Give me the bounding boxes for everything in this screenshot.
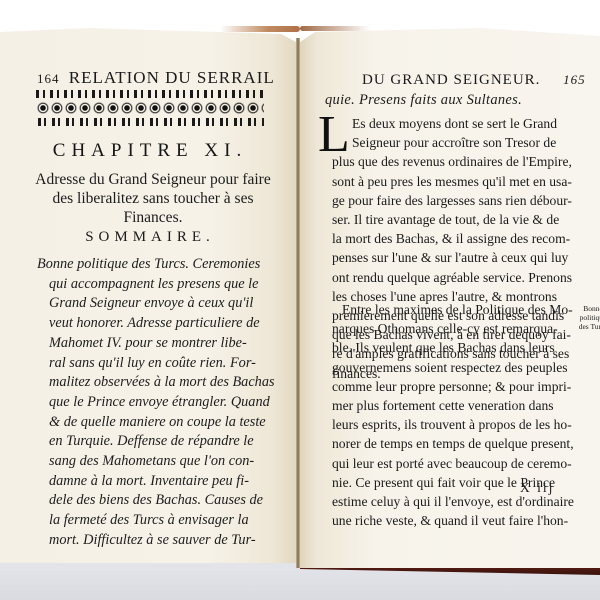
summary-line: mort. Difficultez à se sauver de Tur- <box>37 531 267 551</box>
cover-edge-top-left <box>220 26 300 32</box>
summary-continuation: quie. Presens faits aux Sultanes. <box>325 92 522 109</box>
body-line: norer de temps en temps de quelque prese… <box>332 434 544 453</box>
summary-line: damne à la mort. Inventaire peu fi- <box>37 472 267 492</box>
summary-line: qui accompagnent les presens que le <box>37 275 267 295</box>
body-line: ont rendu quelque agréable service. Pren… <box>332 268 544 287</box>
body-line: estime celuy à qui il l'envoye, est d'or… <box>332 492 544 511</box>
body-line: mer plus fortement cette veneration dans <box>332 396 544 415</box>
paragraph-2: Entre les maximes de la Politique des Mo… <box>332 300 544 530</box>
chapter-subtitle: Adresse du Grand Seigneur pour faire des… <box>28 170 278 227</box>
summary-line: Bonne politique des Turcs. Ceremonies <box>37 255 267 275</box>
open-book: 164 RELATION DU SERRAIL CHAPITRE XI. Adr… <box>0 0 600 600</box>
summary-line: en Turquie. Deffense de répandre le <box>37 432 267 452</box>
summary-line: veut honorer. Adresse particuliere de <box>37 314 267 334</box>
chapter-subtitle-line: Adresse du Grand Seigneur pour faire <box>28 170 278 189</box>
book-gutter <box>296 38 300 568</box>
summary-line: malitez observées à la mort des Bachas <box>37 373 267 393</box>
body-line: une riche veste, & quand il veut faire l… <box>332 511 544 530</box>
body-line: ge pour faire des largesses sans rien dé… <box>332 191 544 210</box>
headpiece-ornament-icon <box>36 90 264 126</box>
left-running-head: 164 RELATION DU SERRAIL <box>37 68 275 88</box>
margin-note-line: politique <box>573 313 600 322</box>
summary-line: Mahomet IV. pour se montrer libe- <box>37 334 267 354</box>
summary-line: Grand Seigneur envoye à ceux qu'il <box>37 294 267 314</box>
body-line: nie. Ce present qui fait voir que le Pri… <box>332 473 544 492</box>
body-line: leurs esprits, ils trouvent à propos de … <box>332 415 544 434</box>
body-line: Seigneur pour accroître son Tresor de <box>332 133 544 152</box>
chapter-title: CHAPITRE XI. <box>40 140 260 162</box>
summary-heading: SOMMAIRE. <box>40 229 260 246</box>
right-running-head-text: DU GRAND SEIGNEUR. <box>362 72 540 88</box>
body-line: la mort des Bachas, & il assigne des rec… <box>332 229 544 248</box>
body-line: Es deux moyens dont se sert le Grand <box>332 114 544 133</box>
signature-mark: X iij <box>520 480 554 496</box>
body-line: ser. Il tire avantage de tout, de la vie… <box>332 210 544 229</box>
left-page-number: 164 <box>37 71 60 86</box>
cover-edge-top-right <box>300 26 370 31</box>
left-running-head-text: RELATION DU SERRAIL <box>69 68 275 87</box>
summary-line: dele des biens des Bachas. Causes de <box>37 491 267 511</box>
body-line: penses sur l'une & sur l'autre à ceux qu… <box>332 248 544 267</box>
body-line: Entre les maximes de la Politique des Mo… <box>332 300 544 319</box>
body-line: qui leur est porté avec beaucoup de cere… <box>332 454 544 473</box>
body-line: sont à peu pres les mesmes qu'il met en … <box>332 172 544 191</box>
right-running-head: DU GRAND SEIGNEUR. 165 <box>362 72 586 89</box>
summary-line: & de quelle maniere on coupe la teste <box>37 413 267 433</box>
margin-note: Bonne politique des Turcs <box>573 304 600 331</box>
chapter-subtitle-line: des liberalitez sans toucher à ses <box>28 189 278 208</box>
body-line: plus que des revenus ordinaires de l'Emp… <box>332 152 544 171</box>
margin-note-line: Bonne <box>573 304 600 313</box>
summary-text: Bonne politique des Turcs. Ceremonies qu… <box>37 255 267 551</box>
margin-note-line: des Turcs <box>573 322 600 331</box>
right-page-number: 165 <box>563 72 586 87</box>
summary-line: ral sans qu'il luy en coûte rien. For- <box>37 354 267 374</box>
chapter-subtitle-line: Finances. <box>28 208 278 227</box>
summary-line: la fermeté des Turcs à envisager la <box>37 511 267 531</box>
body-line: gouvernemens soient respectez des peuple… <box>332 358 544 377</box>
body-line: comme leur propre personne; & pour impri… <box>332 377 544 396</box>
summary-line: que le Prince envoye étrangler. Quand <box>37 393 267 413</box>
body-line: ble. Ils veulent que les Bachas dans leu… <box>332 338 544 357</box>
summary-line: sang des Mahometans que l'on con- <box>37 452 267 472</box>
body-line: narques Othomans celle-cy est remarqua- <box>332 319 544 338</box>
